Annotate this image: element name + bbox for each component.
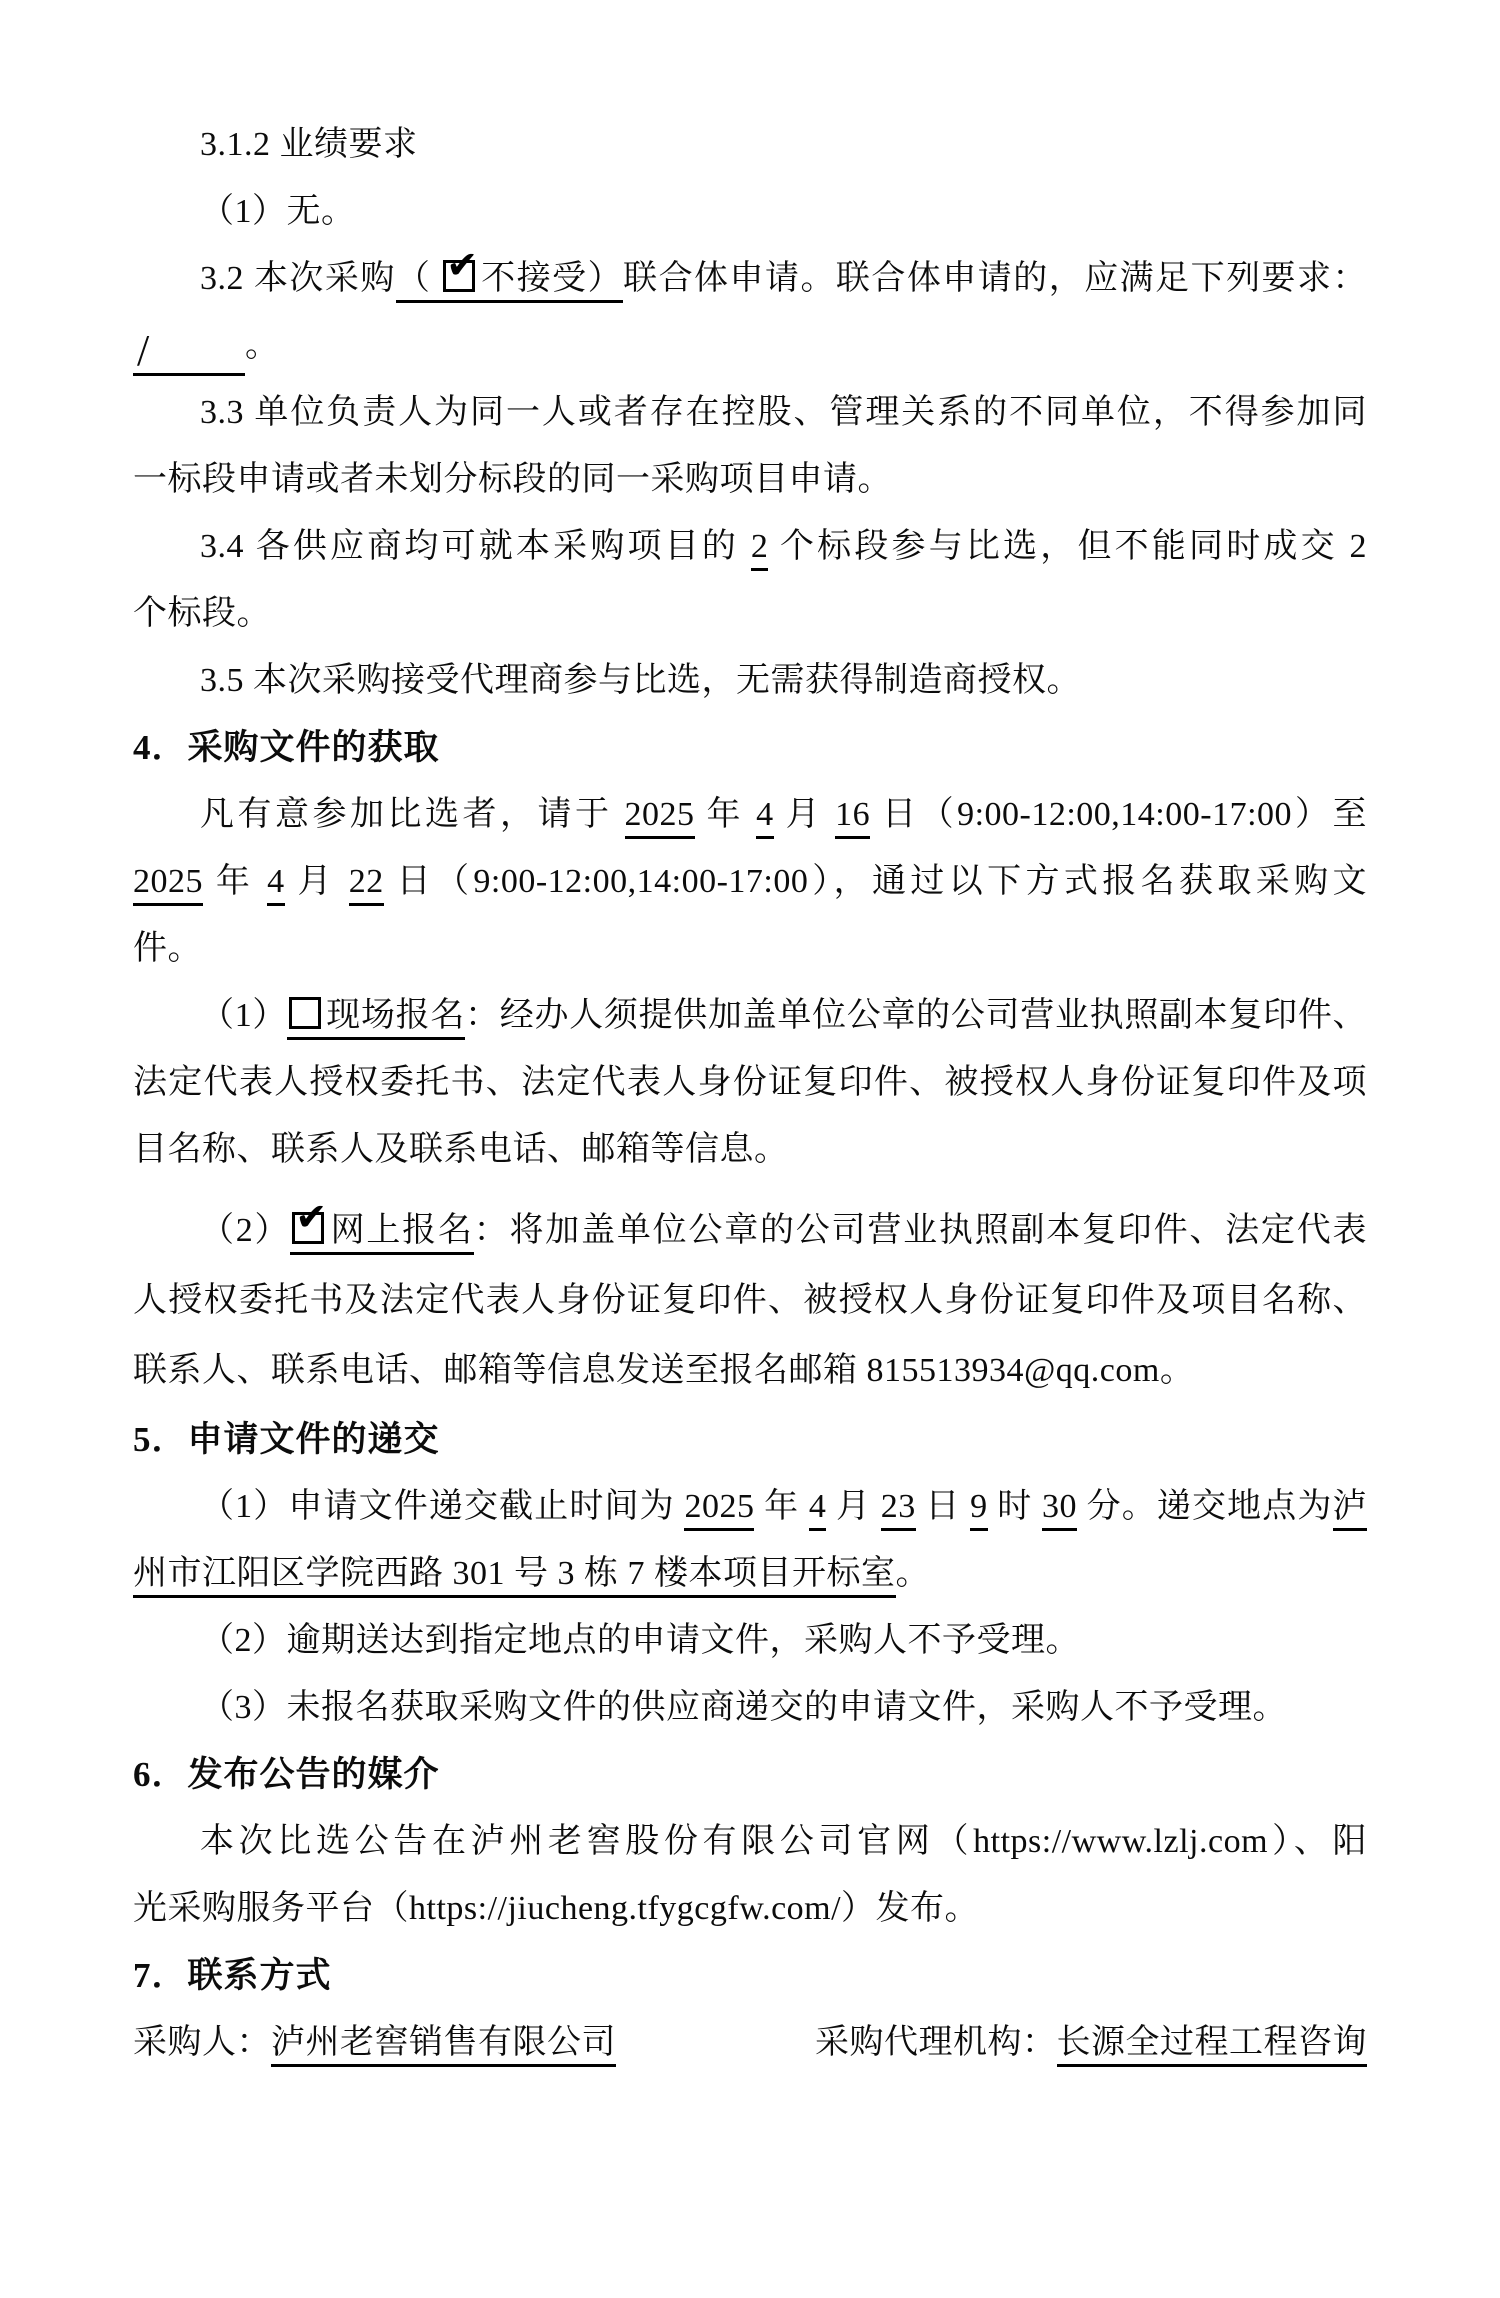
underlined-text: 30 — [1042, 1488, 1077, 1531]
check-mark-icon: ✔ — [446, 246, 478, 284]
section-6-para1-line2: 光采购服务平台（https://jiucheng.tfygcgfw.com/）发… — [133, 1875, 1367, 1942]
section-5-item3: （3）未报名获取采购文件的供应商递交的申请文件，采购人不予受理。 — [133, 1674, 1367, 1741]
section-5-item2: （2）逾期送达到指定地点的申请文件，采购人不予受理。 — [133, 1607, 1367, 1674]
section-4-item1-line3: 目名称、联系人及联系电话、邮箱等信息。 — [133, 1116, 1367, 1183]
underlined-text: 4 — [809, 1488, 827, 1531]
underlined-text: 22 — [349, 863, 384, 906]
underlined-text: 泸 — [1333, 1488, 1368, 1531]
underlined-text: 9 — [970, 1488, 988, 1531]
underlined-text: 长源全过程工程咨询 — [1057, 2024, 1368, 2067]
section-5-item1-line1: （1）申请文件递交截止时间为 2025 年 4 月 23 日 9 时 30 分。… — [133, 1473, 1367, 1540]
underlined-text: 4 — [756, 796, 774, 839]
underlined-text: 16 — [835, 796, 870, 839]
section-6-para1-line1: 本次比选公告在泸州老窖股份有限公司官网（https://www.lzlj.com… — [133, 1808, 1367, 1875]
section-6-heading: 6．发布公告的媒介 — [133, 1741, 1367, 1808]
clause-3-5: 3.5 本次采购接受代理商参与比选，无需获得制造商授权。 — [133, 647, 1367, 714]
underlined-text: 4 — [267, 863, 285, 906]
section-7-heading: 7．联系方式 — [133, 1942, 1367, 2009]
clause-3-3-line1: 3.3 单位负责人为同一人或者存在控股、管理关系的不同单位，不得参加同 — [133, 379, 1367, 446]
clause-3-4-line1: 3.4 各供应商均可就本采购项目的 2 个标段参与比选，但不能同时成交 2 — [133, 513, 1367, 580]
underlined-text: 2 — [751, 528, 769, 571]
clause-3-2: 3.2 本次采购（ ✔不接受）联合体申请。联合体申请的，应满足下列要求： — [133, 245, 1367, 312]
underlined-text: ✔网上报名 — [290, 1212, 473, 1255]
section-4-item2-line2: 人授权委托书及法定代表人身份证复印件、被授权人身份证复印件及项目名称、 — [133, 1266, 1367, 1336]
section-5-item1-line2: 州市江阳区学院西路 301 号 3 栋 7 楼本项目开标室。 — [133, 1540, 1367, 1607]
checkbox-empty-icon — [289, 997, 321, 1029]
section-4-heading: 4．采购文件的获取 — [133, 714, 1367, 781]
underlined-text: 2025 — [133, 863, 203, 906]
underlined-text: 2025 — [684, 1488, 754, 1531]
slash-blank-line: / — [133, 328, 245, 376]
contact-group: 采购代理机构：长源全过程工程咨询 — [815, 2009, 1367, 2076]
section-4-para1-line1: 凡有意参加比选者，请于 2025 年 4 月 16 日（9:00-12:00,1… — [133, 781, 1367, 848]
clause-3-4-line2: 个标段。 — [133, 580, 1367, 647]
checkbox-checked-icon: ✔ — [443, 260, 475, 292]
underlined-text: 现场报名 — [287, 997, 465, 1040]
underlined-text: 2025 — [625, 796, 695, 839]
document-page: 3.1.2 业绩要求（1）无。3.2 本次采购（ ✔不接受）联合体申请。联合体申… — [0, 0, 1500, 2298]
underlined-text: 泸州老窖销售有限公司 — [271, 2024, 616, 2067]
section-4-para1-line3: 件。 — [133, 915, 1367, 982]
clause-3-2-blank: /。 — [133, 312, 1367, 379]
underlined-text: 23 — [881, 1488, 916, 1531]
contact-group: 采购人：泸州老窖销售有限公司 — [133, 2009, 616, 2076]
section-4-item1-line2: 法定代表人授权委托书、法定代表人身份证复印件、被授权人身份证复印件及项 — [133, 1049, 1367, 1116]
section-4-item2-line1: （2）✔网上报名：将加盖单位公章的公司营业执照副本复印件、法定代表 — [133, 1196, 1367, 1266]
section-4-item1-line1: （1）现场报名：经办人须提供加盖单位公章的公司营业执照副本复印件、 — [133, 982, 1367, 1049]
document-body: 3.1.2 业绩要求（1）无。3.2 本次采购（ ✔不接受）联合体申请。联合体申… — [133, 111, 1367, 2076]
clause-3-1-2-item: （1）无。 — [133, 178, 1367, 245]
clause-3-1-2-title: 3.1.2 业绩要求 — [133, 111, 1367, 178]
clause-3-3-line2: 一标段申请或者未划分标段的同一采购项目申请。 — [133, 446, 1367, 513]
underlined-text: 州市江阳区学院西路 301 号 3 栋 7 楼本项目开标室 — [133, 1555, 896, 1598]
check-mark-icon: ✔ — [295, 1198, 327, 1236]
section-5-heading: 5．申请文件的递交 — [133, 1406, 1367, 1473]
checkbox-checked-icon: ✔ — [292, 1212, 324, 1244]
section-4-para1-line2: 2025 年 4 月 22 日（9:00-12:00,14:00-17:00），… — [133, 848, 1367, 915]
section-4-item2-line3: 联系人、联系电话、邮箱等信息发送至报名邮箱 815513934@qq.com。 — [133, 1336, 1367, 1406]
contact-line: 采购人：泸州老窖销售有限公司采购代理机构：长源全过程工程咨询 — [133, 2009, 1367, 2076]
underlined-text: （ ✔不接受） — [396, 260, 623, 303]
